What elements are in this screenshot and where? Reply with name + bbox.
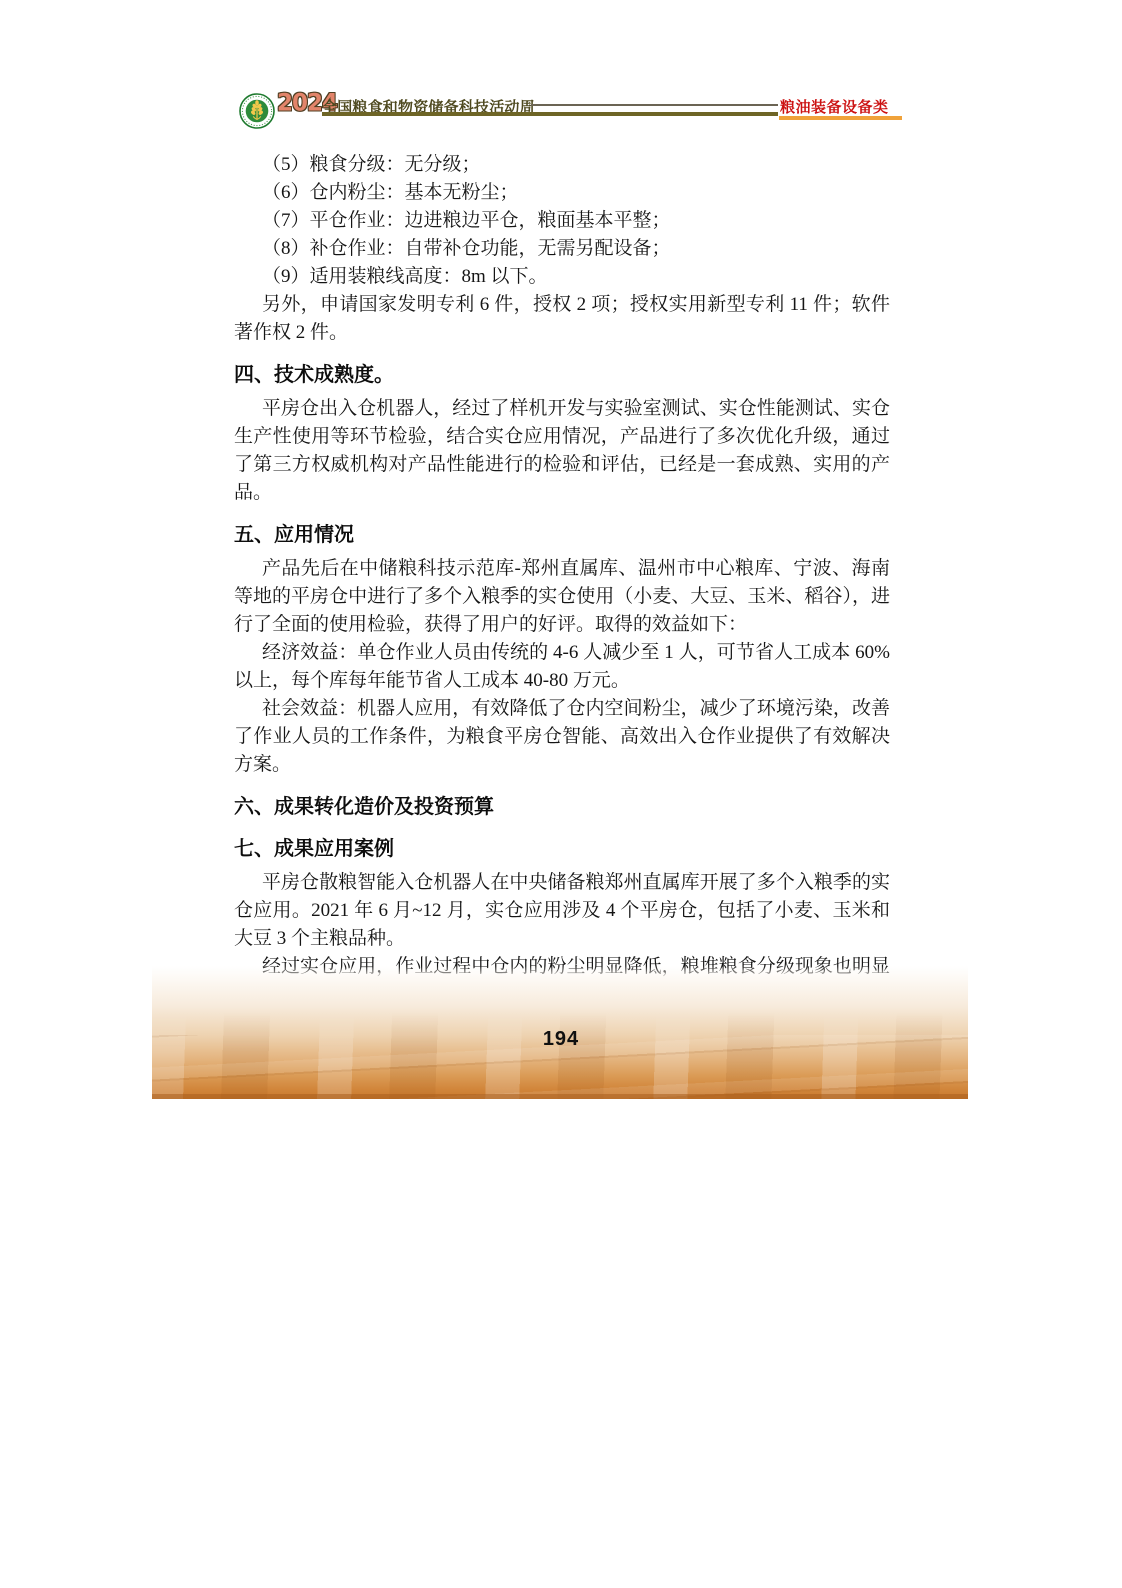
section-heading-maturity: 四、技术成熟度。 xyxy=(234,361,890,389)
paragraph: 经济效益：单仓作业人员由传统的 4-6 人减少至 1 人，可节省人工成本 60%… xyxy=(234,639,890,695)
spec-item: （7）平仓作业：边进粮边平仓，粮面基本平整； xyxy=(234,207,890,235)
spec-item: （6）仓内粉尘：基本无粉尘； xyxy=(234,179,890,207)
header-category: 粮油装备设备类 xyxy=(780,96,889,117)
page-number: 194 xyxy=(0,1028,1122,1051)
patent-note: 另外，申请国家发明专利 6 件，授权 2 项；授权实用新型专利 11 件；软件著… xyxy=(234,291,890,347)
document-page: 2024 全国粮食和物资储备科技活动周 粮油装备设备类 （5）粮食分级：无分级；… xyxy=(0,0,1122,1588)
spec-item: （5）粮食分级：无分级； xyxy=(234,151,890,179)
wheat-emblem-icon xyxy=(239,93,275,129)
spec-item: （8）补仓作业：自带补仓功能，无需另配设备； xyxy=(234,235,890,263)
section-heading-cost-budget: 六、成果转化造价及投资预算 xyxy=(234,793,890,821)
spec-item: （9）适用装粮线高度：8m 以下。 xyxy=(234,263,890,291)
header-underline-olive xyxy=(322,112,778,116)
paragraph: 产品先后在中储粮科技示范库-郑州直属库、温州市中心粮库、宁波、海南等地的平房仓中… xyxy=(234,555,890,639)
paragraph: 平房仓散粮智能入仓机器人在中央储备粮郑州直属库开展了多个入粮季的实仓应用。202… xyxy=(234,869,890,953)
paragraph: 社会效益：机器人应用，有效降低了仓内空间粉尘，减少了环境污染，改善了作业人员的工… xyxy=(234,695,890,779)
page-header: 2024 全国粮食和物资储备科技活动周 粮油装备设备类 xyxy=(0,0,1122,150)
header-rule-line xyxy=(531,104,778,106)
section-heading-application: 五、应用情况 xyxy=(234,521,890,549)
document-body: （5）粮食分级：无分级； （6）仓内粉尘：基本无粉尘； （7）平仓作业：边进粮边… xyxy=(234,151,890,1093)
paragraph: 平房仓出入仓机器人，经过了样机开发与实验室测试、实仓性能测试、实仓生产性使用等环… xyxy=(234,395,890,507)
section-heading-case-study: 七、成果应用案例 xyxy=(234,835,890,863)
band-bottom-edge xyxy=(152,1094,968,1099)
